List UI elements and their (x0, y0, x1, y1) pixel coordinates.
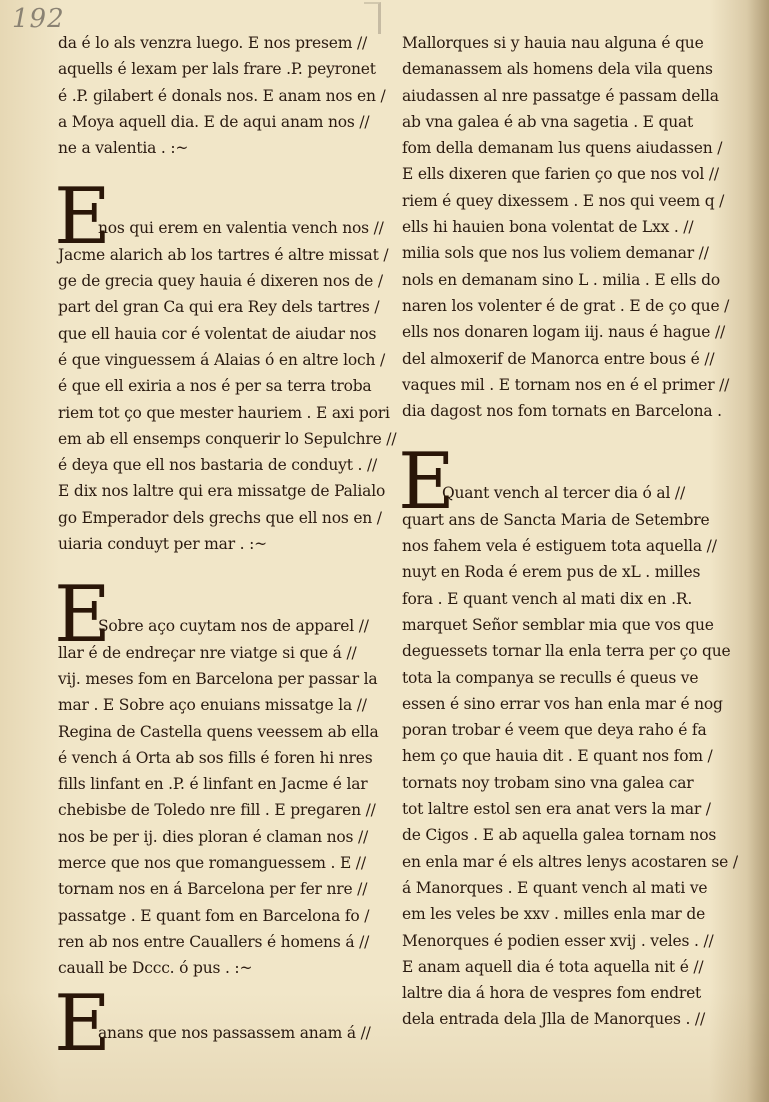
folio-number: 192 (12, 4, 65, 34)
text-line: dela entrada dela Jlla de Manorques . // (402, 1006, 740, 1032)
text-line: uiaria conduyt per mar . :~ (58, 531, 380, 557)
text-line: a Moya aquell dia. E de aqui anam nos // (58, 109, 380, 135)
text-line: fora . E quant vench al mati dix en .R. (402, 586, 740, 612)
text-line: laltre dia á hora de vespres fom endret (402, 980, 740, 1006)
text-line: que ell hauia cor é volentat de aiudar n… (58, 321, 380, 347)
text-line: ells hi hauien bona volentat de Lxx . // (402, 214, 740, 240)
text-line: Menorques é podien esser xvij . veles . … (402, 928, 740, 954)
text-line: tornats noy trobam sino vna galea car (402, 770, 740, 796)
text-line: ne a valentia . :~ (58, 135, 380, 161)
text-line: tota la companya se reculls é queus ve (402, 665, 740, 691)
text-line: é que vinguessem á Alaias ó en altre loc… (58, 347, 380, 373)
left-paragraph-1: da é lo als venzra luego. E nos presem /… (58, 30, 380, 161)
text-line: del almoxerif de Manorca entre bous é // (402, 346, 740, 372)
text-line: ells nos donaren logam iij. naus é hague… (402, 319, 740, 345)
text-line: en enla mar é els altres lenys acostaren… (402, 849, 740, 875)
text-line: merce que nos que romanguessem . E // (58, 850, 380, 876)
text-line: é que ell exiria a nos é per sa terra tr… (58, 373, 380, 399)
text-line: em ab ell ensemps conquerir lo Sepulchre… (58, 426, 380, 452)
text-line: ge de grecia quey hauia é dixeren nos de… (58, 268, 380, 294)
right-paragraph-2: E Quant vench al tercer dia ó al // quar… (402, 454, 740, 1032)
text-line: demanassem als homens dela vila quens (402, 56, 740, 82)
text-line: é vench á Orta ab sos fills é foren hi n… (58, 745, 380, 771)
text-line: nuyt en Roda é erem pus de xL . milles (402, 559, 740, 585)
text-line: ren ab nos entre Cauallers é homens á // (58, 929, 380, 955)
text-line: da é lo als venzra luego. E nos presem /… (58, 30, 380, 56)
text-line: de Cigos . E ab aquella galea tornam nos (402, 822, 740, 848)
text-line: tornam nos en á Barcelona per fer nre // (58, 876, 380, 902)
decorated-initial: E (398, 450, 455, 514)
left-column: da é lo als venzra luego. E nos presem /… (58, 30, 380, 1046)
text-line: fills linfant en .P. é linfant en Jacme … (58, 771, 380, 797)
text-line: go Emperador dels grechs que ell nos en … (58, 505, 380, 531)
decorated-initial: E (54, 185, 111, 249)
left-paragraph-2: E nos qui erem en valentia vench nos // … (58, 189, 380, 557)
text-line: chebisbe de Toledo nre fill . E pregaren… (58, 797, 380, 823)
text-line: Regina de Castella quens veessem ab ella (58, 719, 380, 745)
text-line: part del gran Ca qui era Rey dels tartre… (58, 294, 380, 320)
left-paragraph-3: E Sobre aço cuytam nos de apparel // lla… (58, 587, 380, 981)
text-line: mar . E Sobre aço enuians missatge la // (58, 692, 380, 718)
text-line: dia dagost nos fom tornats en Barcelona … (402, 398, 740, 424)
text-line: marquet Señor semblar mia que vos que (402, 612, 740, 638)
text-line: fom della demanam lus quens aiudassen / (402, 135, 740, 161)
text-line: Mallorques si y hauia nau alguna é que (402, 30, 740, 56)
text-line: hem ço que hauia dit . E quant nos fom / (402, 743, 740, 769)
text-line: E dix nos laltre qui era missatge de Pal… (58, 478, 380, 504)
text-line: passatge . E quant fom en Barcelona fo / (58, 903, 380, 929)
text-line: aiudassen al nre passatge é passam della (402, 83, 740, 109)
right-paragraph-1: Mallorques si y hauia nau alguna é que d… (402, 30, 740, 424)
text-line: em les veles be xxv . milles enla mar de (402, 901, 740, 927)
text-line: á Manorques . E quant vench al mati ve (402, 875, 740, 901)
text-line: é .P. gilabert é donals nos. E anam nos … (58, 83, 380, 109)
text-line: naren los volenter é de grat . E de ço q… (402, 293, 740, 319)
decorated-initial: E (54, 583, 111, 647)
text-line: riem é quey dixessem . E nos qui veem q … (402, 188, 740, 214)
text-line: E ells dixeren que farien ço que nos vol… (402, 161, 740, 187)
text-line: deguessets tornar lla enla terra per ço … (402, 638, 740, 664)
text-line: nos be per ij. dies ploran é claman nos … (58, 824, 380, 850)
decorated-initial: E (54, 992, 111, 1056)
text-line: é deya que ell nos bastaria de conduyt .… (58, 452, 380, 478)
right-column: Mallorques si y hauia nau alguna é que d… (402, 30, 740, 1033)
text-line: riem tot ço que mester hauriem . E axi p… (58, 400, 380, 426)
text-line: essen é sino errar vos han enla mar é no… (402, 691, 740, 717)
text-line: tot laltre estol sen era anat vers la ma… (402, 796, 740, 822)
text-line: cauall be Dccc. ó pus . :~ (58, 955, 380, 981)
left-paragraph-4: E anans que nos passassem anam á // (58, 996, 380, 1046)
text-line: poran trobar é veem que deya raho é fa (402, 717, 740, 743)
text-line: aquells é lexam per lals frare .P. peyro… (58, 56, 380, 82)
text-line: vij. meses fom en Barcelona per passar l… (58, 666, 380, 692)
text-line: vaques mil . E tornam nos en é el primer… (402, 372, 740, 398)
text-line: E anam aquell dia é tota aquella nit é /… (402, 954, 740, 980)
text-line: ab vna galea é ab vna sagetia . E quat (402, 109, 740, 135)
text-line: milia sols que nos lus voliem demanar // (402, 240, 740, 266)
text-line: nos fahem vela é estiguem tota aquella /… (402, 533, 740, 559)
manuscript-page: 192 da é lo als venzra luego. E nos pres… (0, 0, 769, 1102)
text-line: nols en demanam sino L . milia . E ells … (402, 267, 740, 293)
